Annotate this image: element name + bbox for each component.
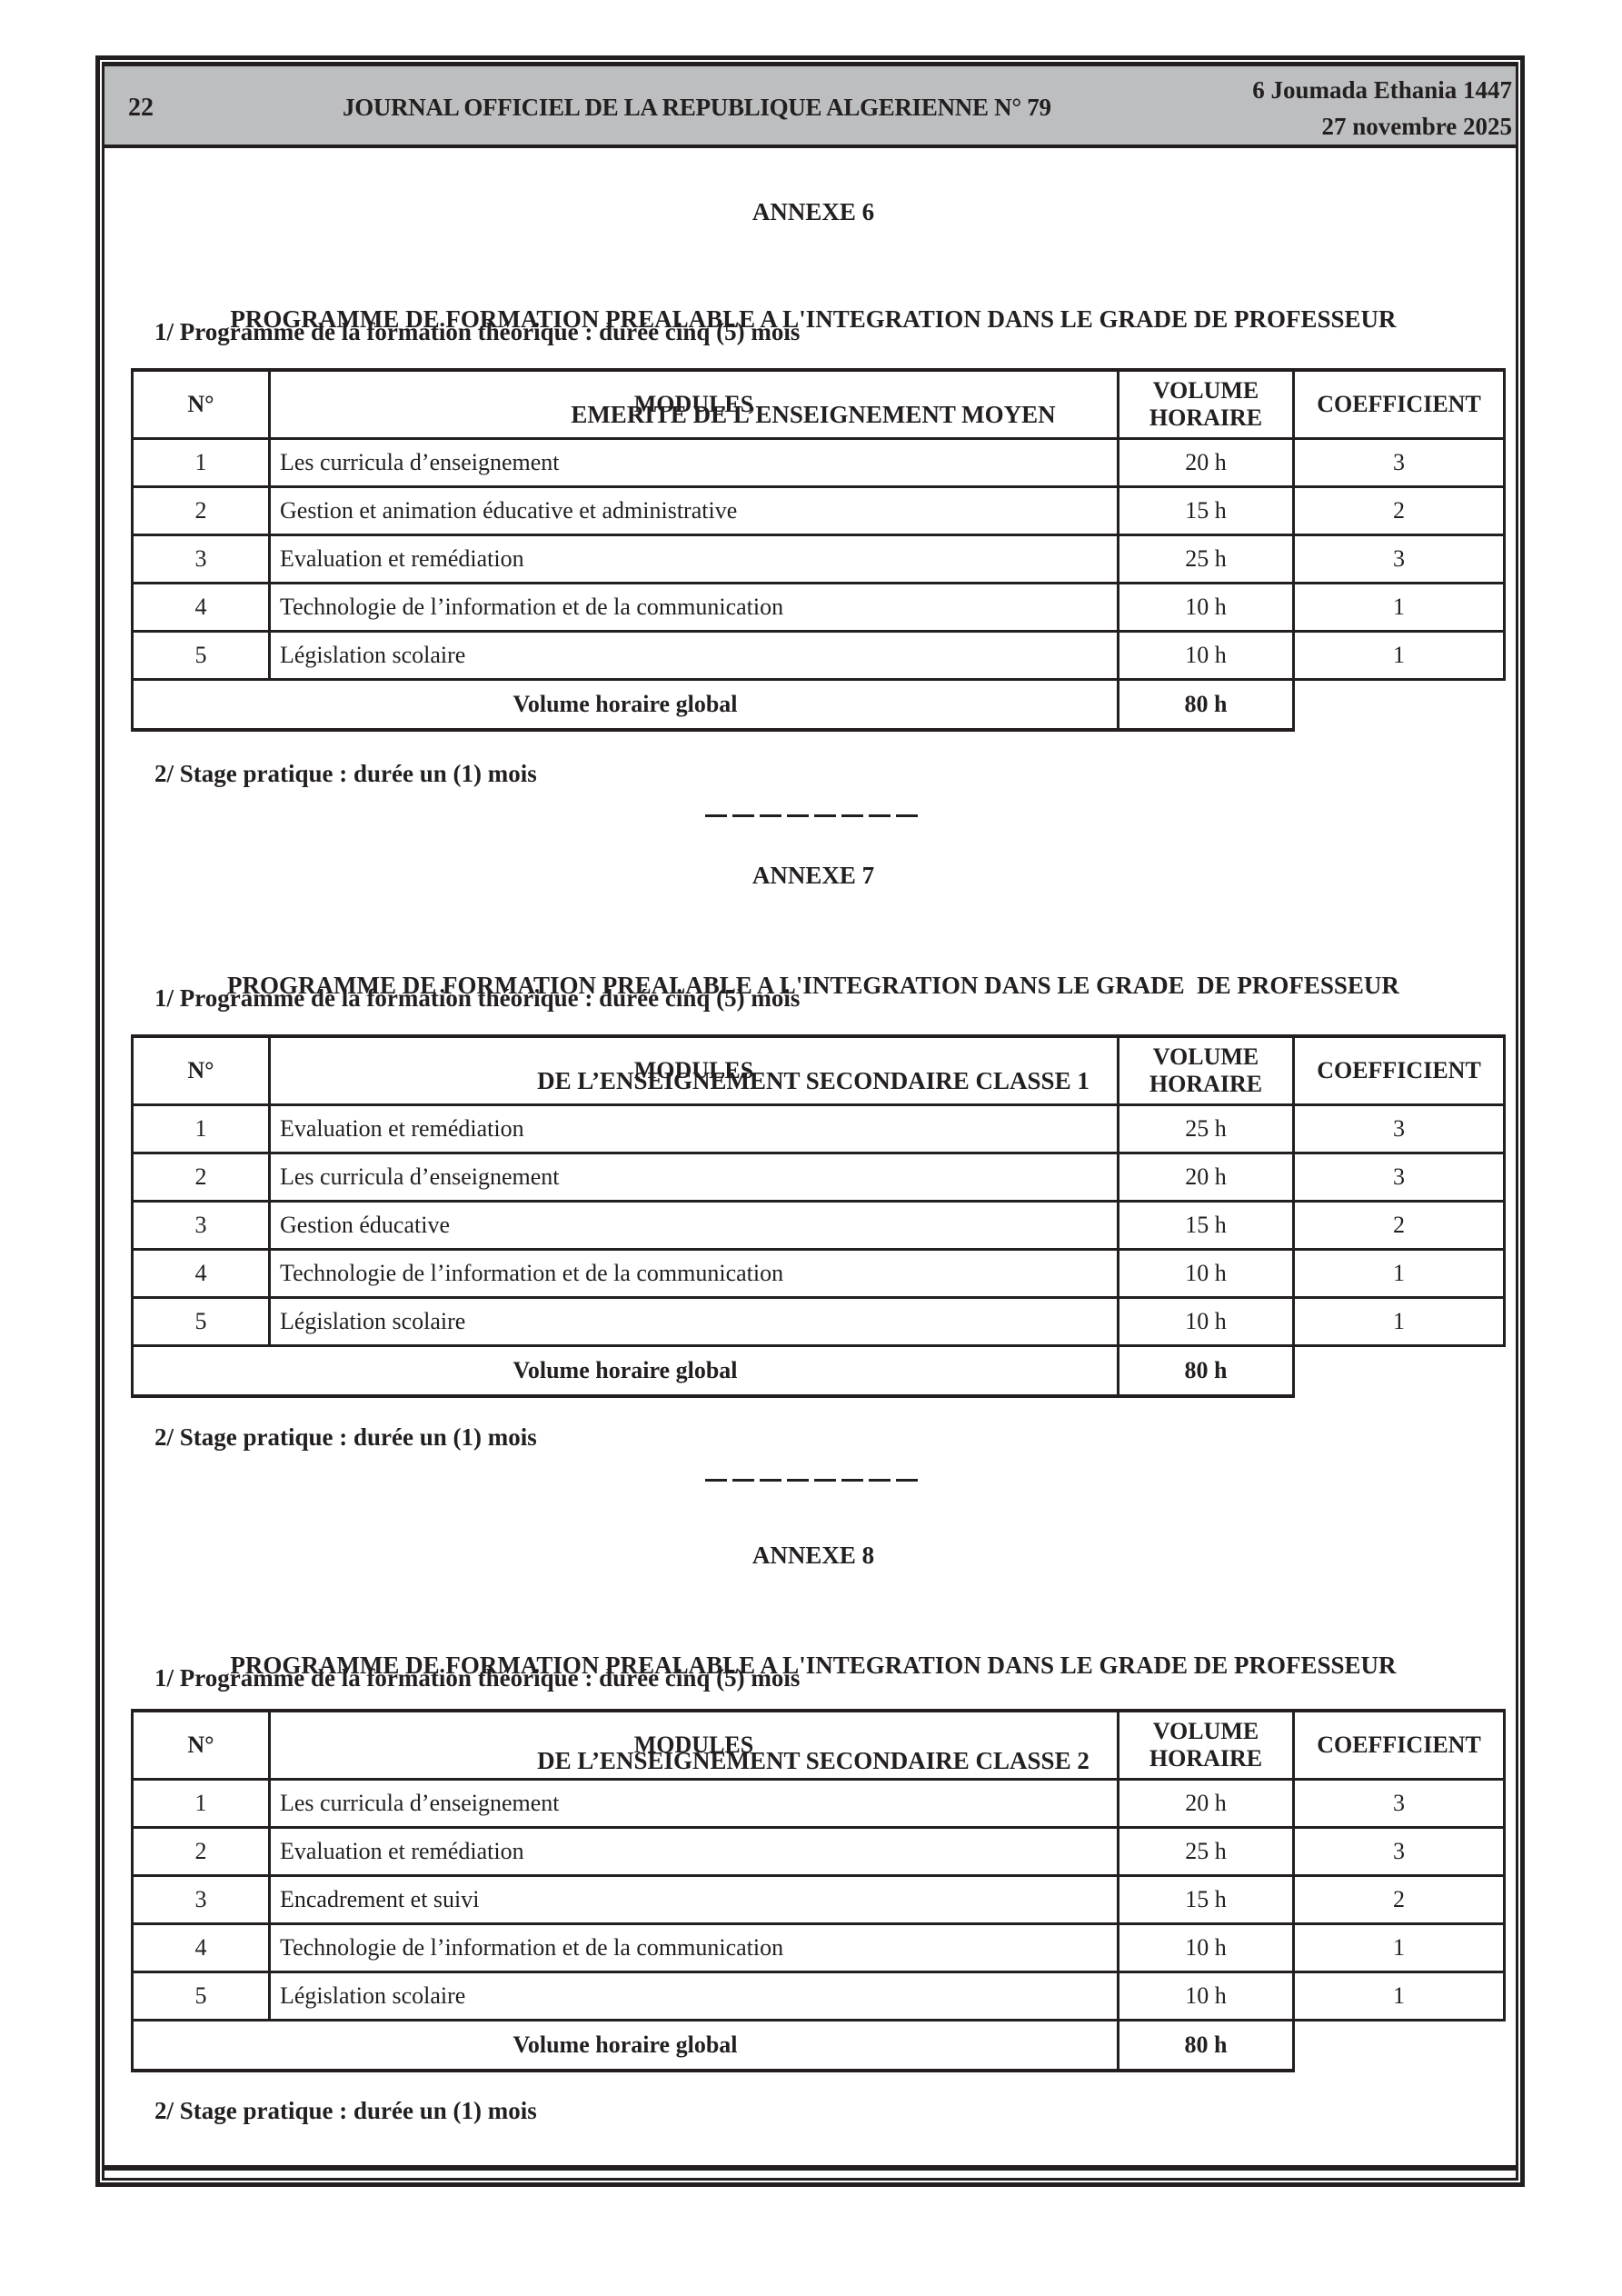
journal-title: JOURNAL OFFICIEL DE LA REPUBLIQUE ALGERI…	[343, 94, 1051, 122]
table-row: 2Evaluation et remédiation25 h3	[133, 1828, 1505, 1876]
cell-module: Technologie de l’information et de la co…	[270, 584, 1119, 632]
cell-coefficient: 3	[1294, 439, 1505, 487]
col-header-modules: MODULES	[270, 370, 1119, 439]
cell-volume: 20 h	[1119, 1780, 1294, 1828]
annex-8-theory-label: 1/ Programme de la formation théorique :…	[154, 1664, 800, 1692]
total-empty-cell	[1294, 680, 1505, 731]
cell-module: Technologie de l’information et de la co…	[270, 1924, 1119, 1972]
col-header-coefficient: COEFFICIENT	[1294, 370, 1505, 439]
cell-volume: 20 h	[1119, 1153, 1294, 1202]
cell-volume: 25 h	[1119, 535, 1294, 584]
annex-6-practice-label: 2/ Stage pratique : durée un (1) mois	[154, 760, 537, 788]
cell-volume: 20 h	[1119, 439, 1294, 487]
col-header-no: N°	[133, 370, 270, 439]
total-value: 80 h	[1119, 1346, 1294, 1397]
cell-no: 4	[133, 584, 270, 632]
table-row: 1Evaluation et remédiation25 h3	[133, 1105, 1505, 1153]
cell-coefficient: 2	[1294, 1876, 1505, 1924]
cell-module: Les curricula d’enseignement	[270, 1780, 1119, 1828]
cell-no: 5	[133, 632, 270, 680]
cell-coefficient: 2	[1294, 487, 1505, 535]
total-label: Volume horaire global	[133, 2021, 1119, 2071]
table-row: 3Evaluation et remédiation25 h3	[133, 535, 1505, 584]
col-header-volume-line-2: HORAIRE	[1149, 1071, 1262, 1097]
cell-no: 3	[133, 1876, 270, 1924]
annex-6-title: ANNEXE 6	[118, 198, 1508, 226]
col-header-volume-line-1: VOLUME	[1153, 377, 1259, 404]
table-row: 5Législation scolaire10 h1	[133, 1972, 1505, 2021]
total-row: Volume horaire global 80 h	[133, 2021, 1505, 2071]
annex-7-theory-label: 1/ Programme de la formation théorique :…	[154, 984, 800, 1013]
col-header-no: N°	[133, 1036, 270, 1105]
annex-6-theory-label: 1/ Programme de la formation théorique :…	[154, 318, 800, 346]
annex-7-title: ANNEXE 7	[118, 862, 1508, 890]
cell-coefficient: 1	[1294, 632, 1505, 680]
table-header-row: N° MODULES VOLUMEHORAIRE COEFFICIENT	[133, 1711, 1505, 1780]
journal-header: 22 JOURNAL OFFICIEL DE LA REPUBLIQUE ALG…	[104, 66, 1516, 148]
col-header-coefficient: COEFFICIENT	[1294, 1711, 1505, 1780]
cell-coefficient: 1	[1294, 584, 1505, 632]
annex-8-title: ANNEXE 8	[118, 1542, 1508, 1570]
cell-module: Législation scolaire	[270, 1298, 1119, 1346]
cell-no: 3	[133, 535, 270, 584]
cell-no: 1	[133, 1780, 270, 1828]
cell-coefficient: 3	[1294, 1153, 1505, 1202]
table-row: 2Les curricula d’enseignement20 h3	[133, 1153, 1505, 1202]
table-row: 3Encadrement et suivi15 h2	[133, 1876, 1505, 1924]
cell-coefficient: 2	[1294, 1202, 1505, 1250]
col-header-modules: MODULES	[270, 1036, 1119, 1105]
total-row: Volume horaire global 80 h	[133, 680, 1505, 731]
cell-volume: 10 h	[1119, 1250, 1294, 1298]
table-row: 4Technologie de l’information et de la c…	[133, 1250, 1505, 1298]
col-header-modules: MODULES	[270, 1711, 1119, 1780]
cell-module: Les curricula d’enseignement	[270, 439, 1119, 487]
gregorian-date: 27 novembre 2025	[1252, 108, 1512, 145]
cell-module: Encadrement et suivi	[270, 1876, 1119, 1924]
cell-coefficient: 3	[1294, 535, 1505, 584]
issue-date: 6 Joumada Ethania 1447 27 novembre 2025	[1252, 72, 1512, 145]
cell-no: 4	[133, 1924, 270, 1972]
hijri-date: 6 Joumada Ethania 1447	[1252, 72, 1512, 108]
cell-coefficient: 1	[1294, 1924, 1505, 1972]
cell-module: Législation scolaire	[270, 1972, 1119, 2021]
cell-no: 3	[133, 1202, 270, 1250]
cell-no: 1	[133, 1105, 270, 1153]
cell-volume: 15 h	[1119, 1202, 1294, 1250]
cell-no: 5	[133, 1972, 270, 2021]
table-row: 1Les curricula d’enseignement20 h3	[133, 1780, 1505, 1828]
cell-module: Evaluation et remédiation	[270, 535, 1119, 584]
total-empty-cell	[1294, 1346, 1505, 1397]
table-row: 4Technologie de l’information et de la c…	[133, 1924, 1505, 1972]
col-header-volume: VOLUMEHORAIRE	[1119, 370, 1294, 439]
cell-module: Evaluation et remédiation	[270, 1828, 1119, 1876]
cell-module: Technologie de l’information et de la co…	[270, 1250, 1119, 1298]
col-header-volume-line-2: HORAIRE	[1149, 404, 1262, 431]
cell-coefficient: 1	[1294, 1298, 1505, 1346]
col-header-volume-line-2: HORAIRE	[1149, 1745, 1262, 1772]
table-row: 1Les curricula d’enseignement20 h3	[133, 439, 1505, 487]
col-header-volume: VOLUMEHORAIRE	[1119, 1711, 1294, 1780]
table-row: 5Législation scolaire10 h1	[133, 632, 1505, 680]
cell-coefficient: 1	[1294, 1972, 1505, 2021]
cell-volume: 10 h	[1119, 584, 1294, 632]
cell-volume: 10 h	[1119, 1298, 1294, 1346]
cell-module: Evaluation et remédiation	[270, 1105, 1119, 1153]
section-separator	[705, 814, 918, 817]
total-value: 80 h	[1119, 2021, 1294, 2071]
table-header-row: N° MODULES VOLUMEHORAIRE COEFFICIENT	[133, 1036, 1505, 1105]
cell-no: 1	[133, 439, 270, 487]
cell-no: 2	[133, 1153, 270, 1202]
cell-coefficient: 3	[1294, 1828, 1505, 1876]
cell-no: 5	[133, 1298, 270, 1346]
cell-module: Gestion éducative	[270, 1202, 1119, 1250]
total-value: 80 h	[1119, 680, 1294, 731]
cell-volume: 15 h	[1119, 1876, 1294, 1924]
table-row: 5Législation scolaire10 h1	[133, 1298, 1505, 1346]
page-number: 22	[128, 94, 154, 123]
cell-no: 2	[133, 487, 270, 535]
cell-module: Les curricula d’enseignement	[270, 1153, 1119, 1202]
annex-8-practice-label: 2/ Stage pratique : durée un (1) mois	[154, 2097, 537, 2125]
cell-volume: 15 h	[1119, 487, 1294, 535]
cell-coefficient: 3	[1294, 1780, 1505, 1828]
cell-module: Gestion et animation éducative et admini…	[270, 487, 1119, 535]
cell-volume: 25 h	[1119, 1105, 1294, 1153]
col-header-volume: VOLUMEHORAIRE	[1119, 1036, 1294, 1105]
annex-7-table: N° MODULES VOLUMEHORAIRE COEFFICIENT 1Ev…	[131, 1034, 1506, 1398]
total-label: Volume horaire global	[133, 680, 1119, 731]
col-header-no: N°	[133, 1711, 270, 1780]
section-separator	[705, 1479, 918, 1482]
col-header-volume-line-1: VOLUME	[1153, 1718, 1259, 1744]
cell-volume: 10 h	[1119, 632, 1294, 680]
cell-module: Législation scolaire	[270, 632, 1119, 680]
cell-volume: 25 h	[1119, 1828, 1294, 1876]
cell-coefficient: 3	[1294, 1105, 1505, 1153]
cell-volume: 10 h	[1119, 1924, 1294, 1972]
total-label: Volume horaire global	[133, 1346, 1119, 1397]
annex-6-table: N° MODULES VOLUMEHORAIRE COEFFICIENT 1Le…	[131, 368, 1506, 732]
total-empty-cell	[1294, 2021, 1505, 2071]
col-header-volume-line-1: VOLUME	[1153, 1043, 1259, 1070]
table-header-row: N° MODULES VOLUMEHORAIRE COEFFICIENT	[133, 370, 1505, 439]
table-row: 3Gestion éducative15 h2	[133, 1202, 1505, 1250]
annex-8-table: N° MODULES VOLUMEHORAIRE COEFFICIENT 1Le…	[131, 1709, 1506, 2072]
total-row: Volume horaire global 80 h	[133, 1346, 1505, 1397]
annex-7-practice-label: 2/ Stage pratique : durée un (1) mois	[154, 1423, 537, 1452]
page-frame-bottom-rule	[102, 2165, 1518, 2171]
table-row: 2Gestion et animation éducative et admin…	[133, 487, 1505, 535]
table-row: 4Technologie de l’information et de la c…	[133, 584, 1505, 632]
cell-coefficient: 1	[1294, 1250, 1505, 1298]
cell-no: 4	[133, 1250, 270, 1298]
col-header-coefficient: COEFFICIENT	[1294, 1036, 1505, 1105]
cell-volume: 10 h	[1119, 1972, 1294, 2021]
cell-no: 2	[133, 1828, 270, 1876]
